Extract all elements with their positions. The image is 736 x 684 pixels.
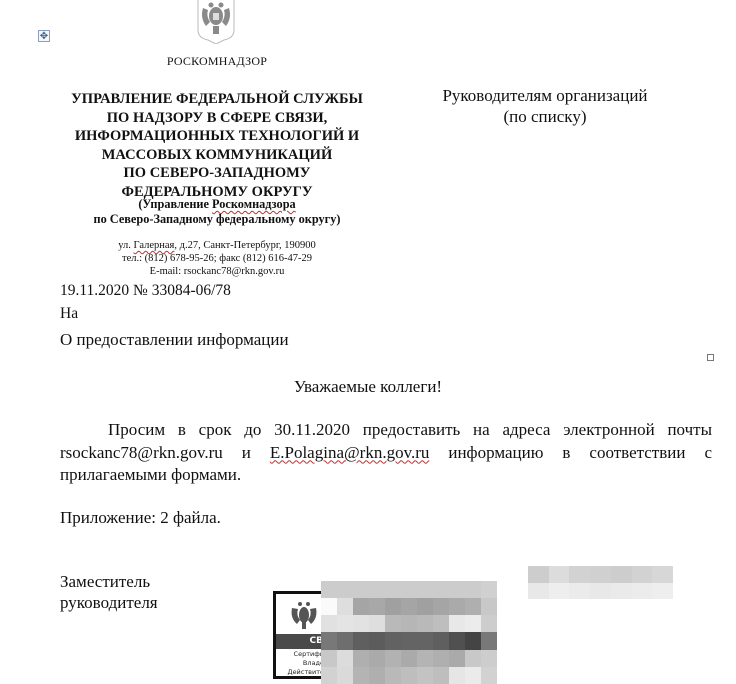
redaction-pixel bbox=[369, 667, 385, 684]
redaction-pixel bbox=[321, 632, 337, 649]
organization-short-name: (Управление Роскомнадзора по Северо-Запа… bbox=[56, 197, 378, 227]
redaction-pixel bbox=[417, 650, 433, 667]
redaction-pixel bbox=[433, 581, 449, 598]
redaction-pixel bbox=[353, 632, 369, 649]
redaction-pixel bbox=[337, 650, 353, 667]
letter-subject: О предоставлении информации bbox=[60, 330, 289, 350]
redaction-pixel bbox=[401, 581, 417, 598]
redaction-pixel bbox=[481, 615, 497, 632]
redaction-pixel bbox=[321, 598, 337, 615]
redaction-pixel bbox=[337, 615, 353, 632]
reference-number: 19.11.2020 № 33084-06/78 bbox=[60, 282, 231, 300]
org-line: МАССОВЫХ КОММУНИКАЦИЙ bbox=[56, 146, 378, 165]
redaction-pixel bbox=[401, 632, 417, 649]
redaction-pixel bbox=[401, 650, 417, 667]
spellcheck-marked-word: Галерная bbox=[134, 240, 175, 251]
redaction-pixel bbox=[449, 598, 465, 615]
phone-fax: тел.: (812) 678-95-26; факс (812) 616-47… bbox=[56, 252, 378, 265]
redaction-pixel bbox=[369, 650, 385, 667]
redaction-pixel bbox=[401, 615, 417, 632]
redaction-pixel bbox=[385, 598, 401, 615]
org-line: УПРАВЛЕНИЕ ФЕДЕРАЛЬНОЙ СЛУЖБЫ bbox=[56, 90, 378, 109]
redaction-pixel bbox=[481, 598, 497, 615]
redaction-pixel bbox=[433, 650, 449, 667]
redaction-pixel bbox=[369, 598, 385, 615]
organization-title: УПРАВЛЕНИЕ ФЕДЕРАЛЬНОЙ СЛУЖБЫ ПО НАДЗОРУ… bbox=[56, 90, 378, 202]
redaction-pixel bbox=[385, 667, 401, 684]
org-line: ИНФОРМАЦИОННЫХ ТЕХНОЛОГИЙ И bbox=[56, 127, 378, 146]
redaction-pixel bbox=[321, 581, 337, 598]
redaction-pixel bbox=[449, 667, 465, 684]
redaction-pixel bbox=[337, 667, 353, 684]
redaction-pixel bbox=[481, 632, 497, 649]
redaction-pixel bbox=[353, 615, 369, 632]
organization-address: ул. Галерная, д.27, Санкт-Петербург, 190… bbox=[56, 239, 378, 278]
redaction-pixel bbox=[337, 632, 353, 649]
org-line: ПО СЕВЕРО-ЗАПАДНОМУ bbox=[56, 164, 378, 183]
redaction-pixel bbox=[652, 566, 673, 583]
redaction-pixel bbox=[401, 598, 417, 615]
redacted-signer-name bbox=[528, 566, 673, 599]
redaction-pixel bbox=[481, 667, 497, 684]
redaction-pixel bbox=[465, 615, 481, 632]
email: E-mail: rsockanc78@rkn.gov.ru bbox=[56, 265, 378, 278]
redaction-pixel bbox=[417, 615, 433, 632]
redaction-pixel bbox=[465, 581, 481, 598]
redaction-pixel bbox=[528, 566, 549, 583]
redaction-pixel bbox=[321, 650, 337, 667]
redaction-pixel bbox=[449, 581, 465, 598]
signer-title: Заместитель руководителя bbox=[60, 571, 158, 613]
stamp-details: Сертифи Владе Действите bbox=[276, 650, 324, 677]
redaction-pixel bbox=[321, 667, 337, 684]
recipient: Руководителям организаций (по списку) bbox=[400, 85, 690, 127]
spellcheck-marked-email: E.Polagina@rkn.gov.ru bbox=[270, 443, 430, 462]
redaction-pixel bbox=[385, 632, 401, 649]
body-paragraph: Просим в срок до 30.11.2020 предоставить… bbox=[60, 419, 712, 487]
redaction-pixel bbox=[433, 667, 449, 684]
redaction-pixel bbox=[611, 583, 632, 600]
redaction-pixel bbox=[590, 566, 611, 583]
redaction-pixel bbox=[385, 650, 401, 667]
org-line: ПО НАДЗОРУ В СФЕРЕ СВЯЗИ, bbox=[56, 109, 378, 128]
russian-coat-of-arms-icon bbox=[288, 600, 320, 632]
redaction-pixel bbox=[417, 598, 433, 615]
redaction-pixel bbox=[353, 650, 369, 667]
redaction-pixel bbox=[549, 583, 570, 600]
redaction-pixel bbox=[353, 667, 369, 684]
redaction-pixel bbox=[449, 632, 465, 649]
agency-name: РОСКОМНАДЗОР bbox=[60, 54, 374, 69]
redaction-pixel bbox=[401, 667, 417, 684]
redaction-pixel bbox=[369, 632, 385, 649]
redaction-pixel bbox=[417, 581, 433, 598]
table-move-handle-icon[interactable]: ✥ bbox=[38, 30, 50, 42]
redaction-pixel bbox=[385, 581, 401, 598]
spellcheck-marked-word: Роскомнадзора bbox=[212, 197, 296, 211]
redaction-pixel bbox=[369, 615, 385, 632]
russian-coat-of-arms-icon bbox=[194, 0, 238, 44]
redaction-pixel bbox=[465, 598, 481, 615]
redaction-pixel bbox=[569, 566, 590, 583]
table-resize-handle[interactable] bbox=[707, 354, 714, 361]
redaction-pixel bbox=[369, 581, 385, 598]
redaction-pixel bbox=[549, 566, 570, 583]
redaction-pixel bbox=[632, 566, 653, 583]
redaction-pixel bbox=[433, 615, 449, 632]
redaction-pixel bbox=[337, 581, 353, 598]
salutation: Уважаемые коллеги! bbox=[0, 377, 736, 397]
redaction-pixel bbox=[417, 667, 433, 684]
redaction-pixel bbox=[569, 583, 590, 600]
redacted-signature-details bbox=[321, 581, 497, 684]
redaction-pixel bbox=[652, 583, 673, 600]
attachment-note: Приложение: 2 файла. bbox=[60, 508, 221, 528]
redaction-pixel bbox=[465, 650, 481, 667]
redaction-pixel bbox=[481, 650, 497, 667]
redaction-pixel bbox=[528, 583, 549, 600]
redaction-pixel bbox=[337, 598, 353, 615]
redaction-pixel bbox=[385, 615, 401, 632]
redaction-pixel bbox=[481, 581, 497, 598]
redaction-pixel bbox=[632, 583, 653, 600]
redaction-pixel bbox=[433, 598, 449, 615]
redaction-pixel bbox=[449, 615, 465, 632]
redaction-pixel bbox=[321, 615, 337, 632]
redaction-pixel bbox=[449, 650, 465, 667]
redaction-pixel bbox=[590, 583, 611, 600]
redaction-pixel bbox=[465, 632, 481, 649]
redaction-pixel bbox=[353, 581, 369, 598]
reply-to-label: На bbox=[60, 305, 78, 323]
redaction-pixel bbox=[433, 632, 449, 649]
redaction-pixel bbox=[417, 632, 433, 649]
redaction-pixel bbox=[353, 598, 369, 615]
redaction-pixel bbox=[465, 667, 481, 684]
redaction-pixel bbox=[611, 566, 632, 583]
